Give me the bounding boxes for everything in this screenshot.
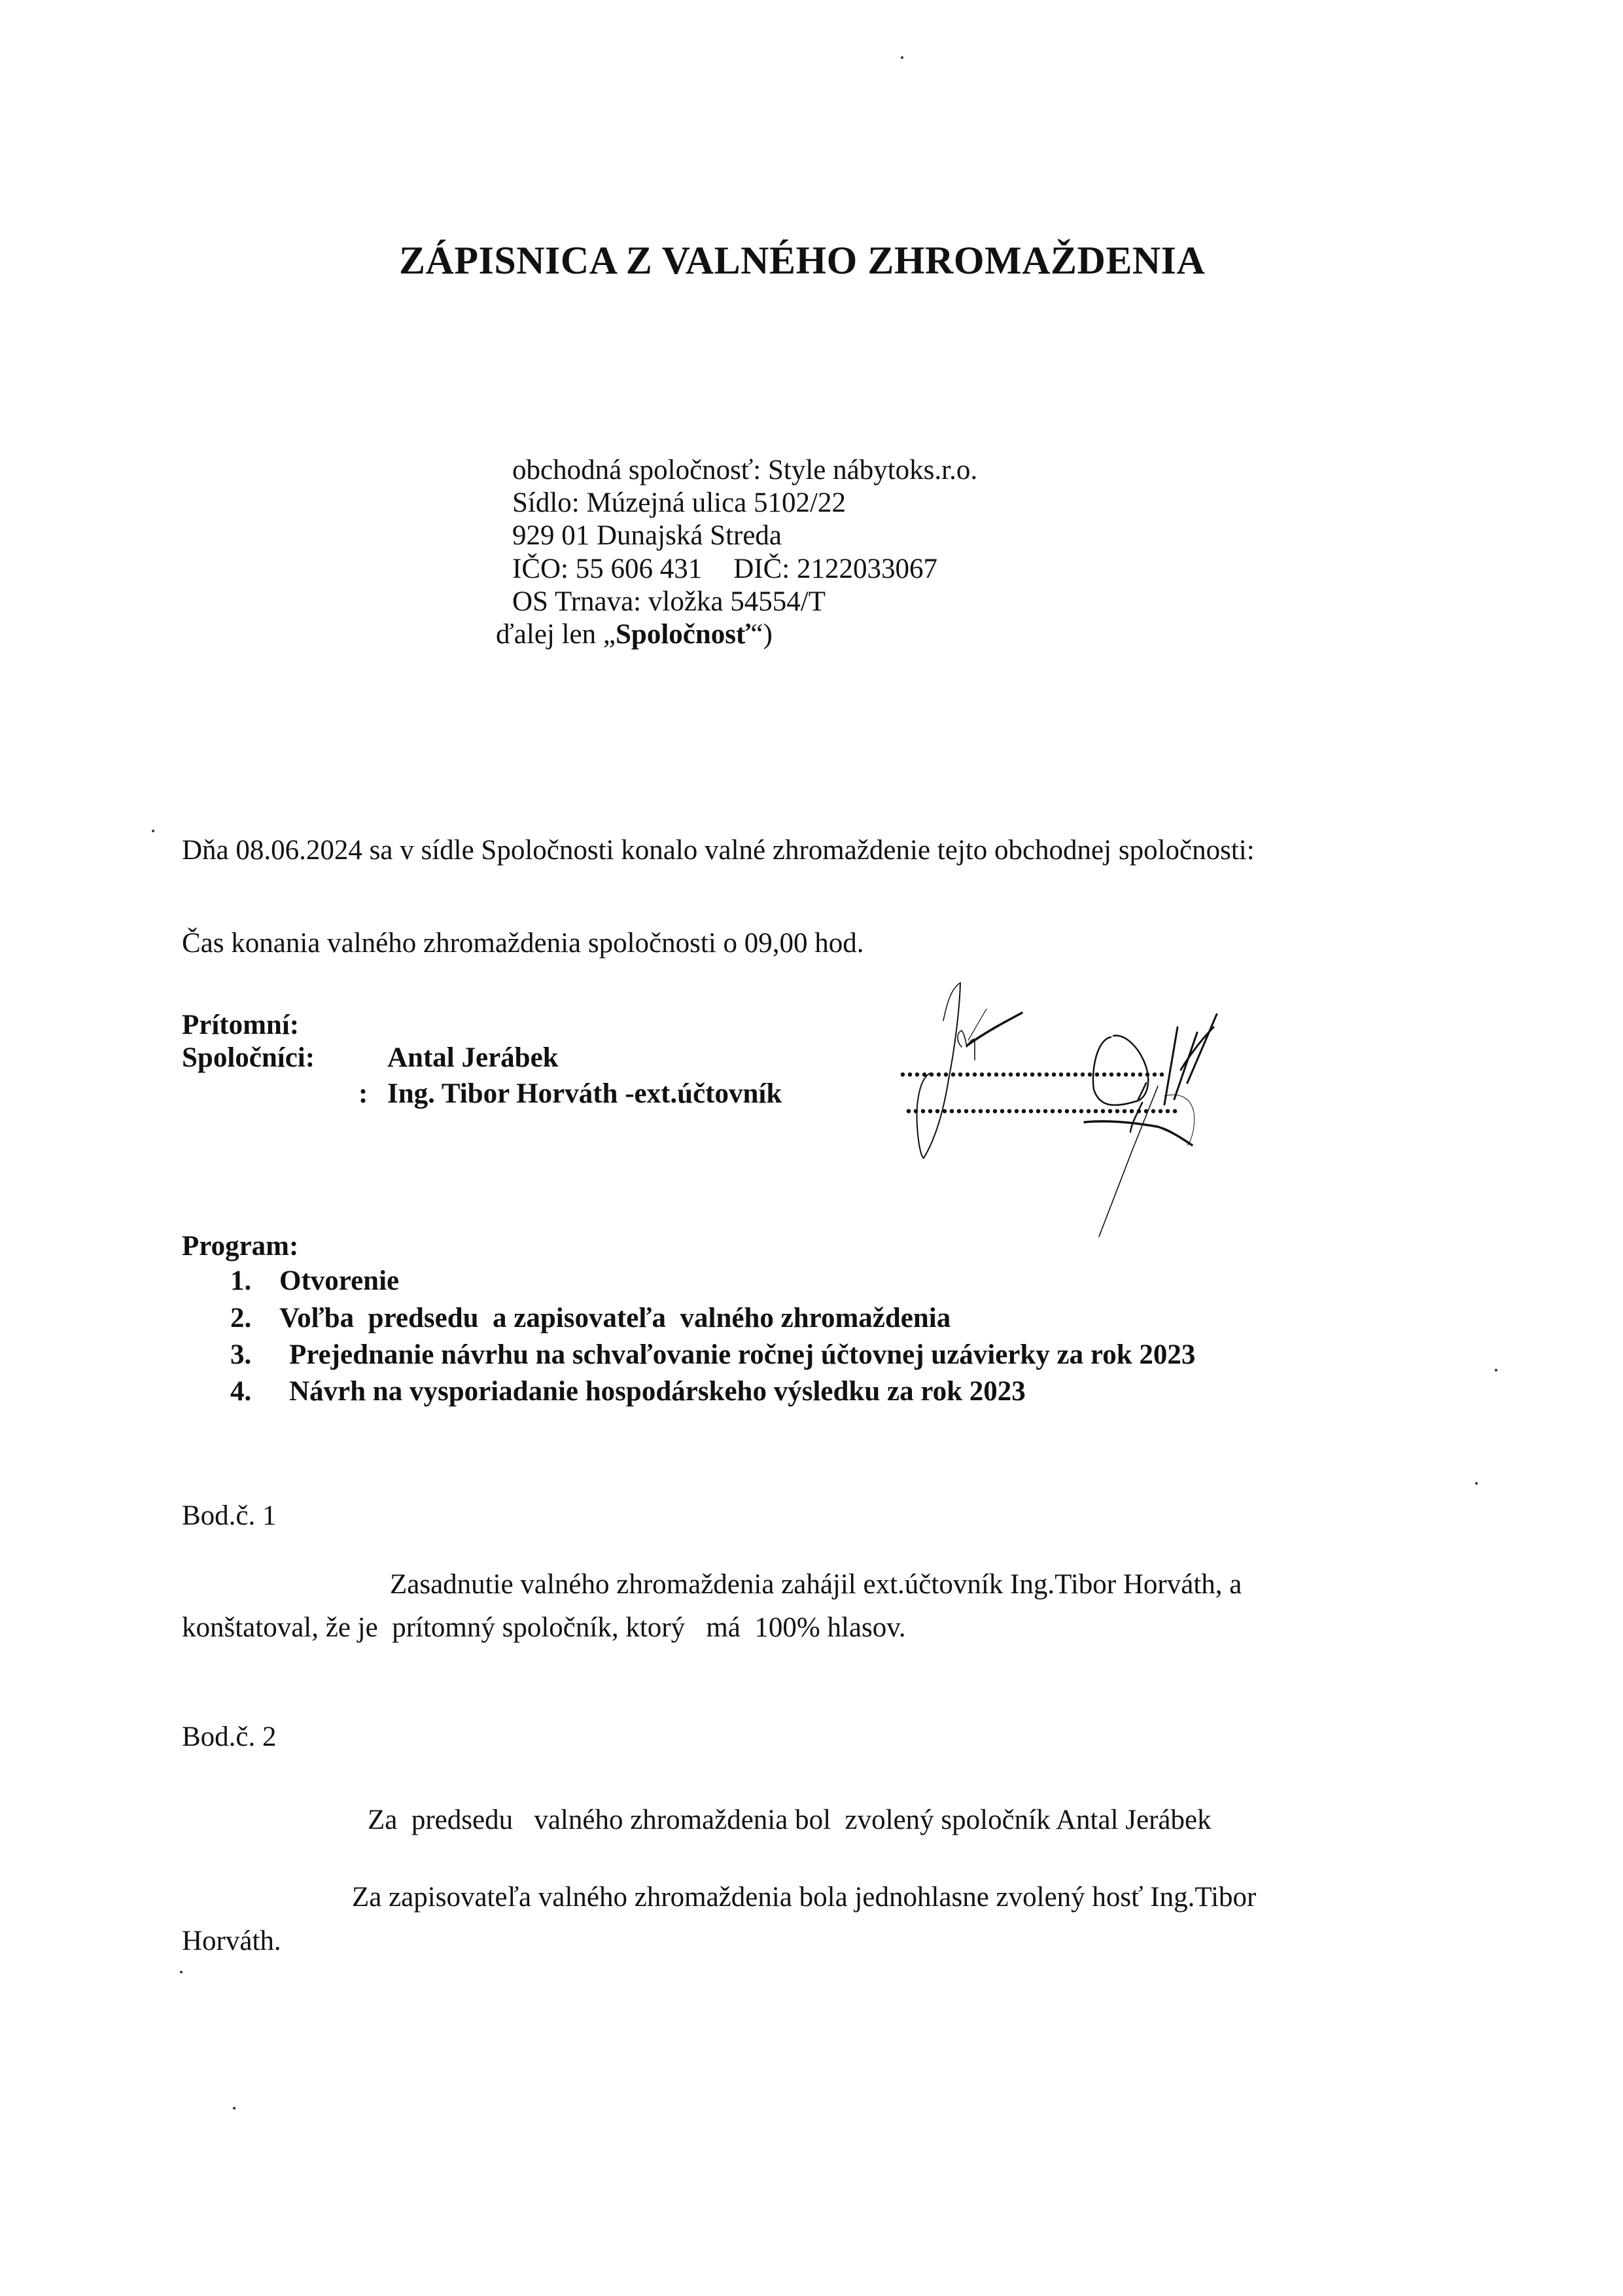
scan-speck: [1495, 1369, 1497, 1371]
program-item-number: 3.: [230, 1341, 251, 1369]
company-city: 929 01 Dunajská Streda: [512, 521, 782, 550]
point-paragraph: Zasadnutie valného zhromaždenia zahájil …: [390, 1570, 1242, 1598]
attendee-prefix: :: [358, 1080, 368, 1108]
program-item-number: 1.: [230, 1267, 251, 1295]
program-item: Návrh na vysporiadanie hospodárskeho výs…: [289, 1377, 1026, 1405]
point-paragraph: Za zapisovateľa valného zhromaždenia bol…: [352, 1883, 1256, 1911]
scan-speck: [152, 830, 154, 832]
intro-line: Dňa 08.06.2024 sa v sídle Spoločnosti ko…: [182, 836, 1255, 864]
scan-speck: [901, 56, 903, 59]
program-item: Voľba predsedu a zapisovateľa valného zh…: [279, 1304, 951, 1332]
company-ids: IČO: 55 606 431DIČ: 2122033067: [512, 555, 937, 583]
alias-prefix: ďalej len „: [496, 619, 616, 650]
signature-line: ......................................: [905, 1091, 1179, 1118]
program-item-number: 4.: [230, 1377, 251, 1405]
program-item: Prejednanie návrhu na schvaľovanie ročne…: [289, 1341, 1195, 1369]
scan-speck: [1475, 1482, 1478, 1485]
scan-speck: [180, 1971, 183, 1973]
time-line: Čas konania valného zhromaždenia spoločn…: [182, 929, 864, 957]
scan-speck: [233, 2107, 236, 2110]
partners-label: Spoločníci:: [182, 1044, 315, 1072]
document-title: ZÁPISNICA Z VALNÉHO ZHROMAŽDENIA: [399, 241, 1205, 280]
alias-suffix: “): [750, 619, 772, 650]
point-heading: Bod.č. 1: [182, 1502, 277, 1530]
company-seat: Sídlo: Múzejná ulica 5102/22: [512, 489, 846, 517]
present-label: Prítomní:: [182, 1011, 299, 1039]
point-heading: Bod.č. 2: [182, 1723, 277, 1751]
point-paragraph: konštatoval, že je prítomný spoločník, k…: [182, 1614, 906, 1642]
attendee-name: Ing. Tibor Horváth -ext.účtovník: [387, 1080, 782, 1108]
alias-name: Spoločnosť: [616, 619, 750, 650]
program-heading: Program:: [182, 1232, 298, 1260]
attendee-name: Antal Jerábek: [387, 1044, 559, 1072]
company-name: obchodná spoločnosť: Style nábytoks.r.o.: [512, 456, 977, 484]
point-paragraph: Za predsedu valného zhromaždenia bol zvo…: [368, 1806, 1212, 1834]
company-alias: ďalej len „Spoločnosť“): [496, 620, 773, 648]
program-item: Otvorenie: [279, 1267, 399, 1295]
company-ico: IČO: 55 606 431: [512, 554, 702, 584]
company-dic: DIČ: 2122033067: [733, 554, 937, 584]
company-register: OS Trnava: vložka 54554/T: [512, 588, 826, 616]
program-item-number: 2.: [230, 1304, 251, 1332]
signature-line: .....................................: [899, 1055, 1166, 1081]
point-paragraph: Horváth.: [182, 1927, 281, 1955]
